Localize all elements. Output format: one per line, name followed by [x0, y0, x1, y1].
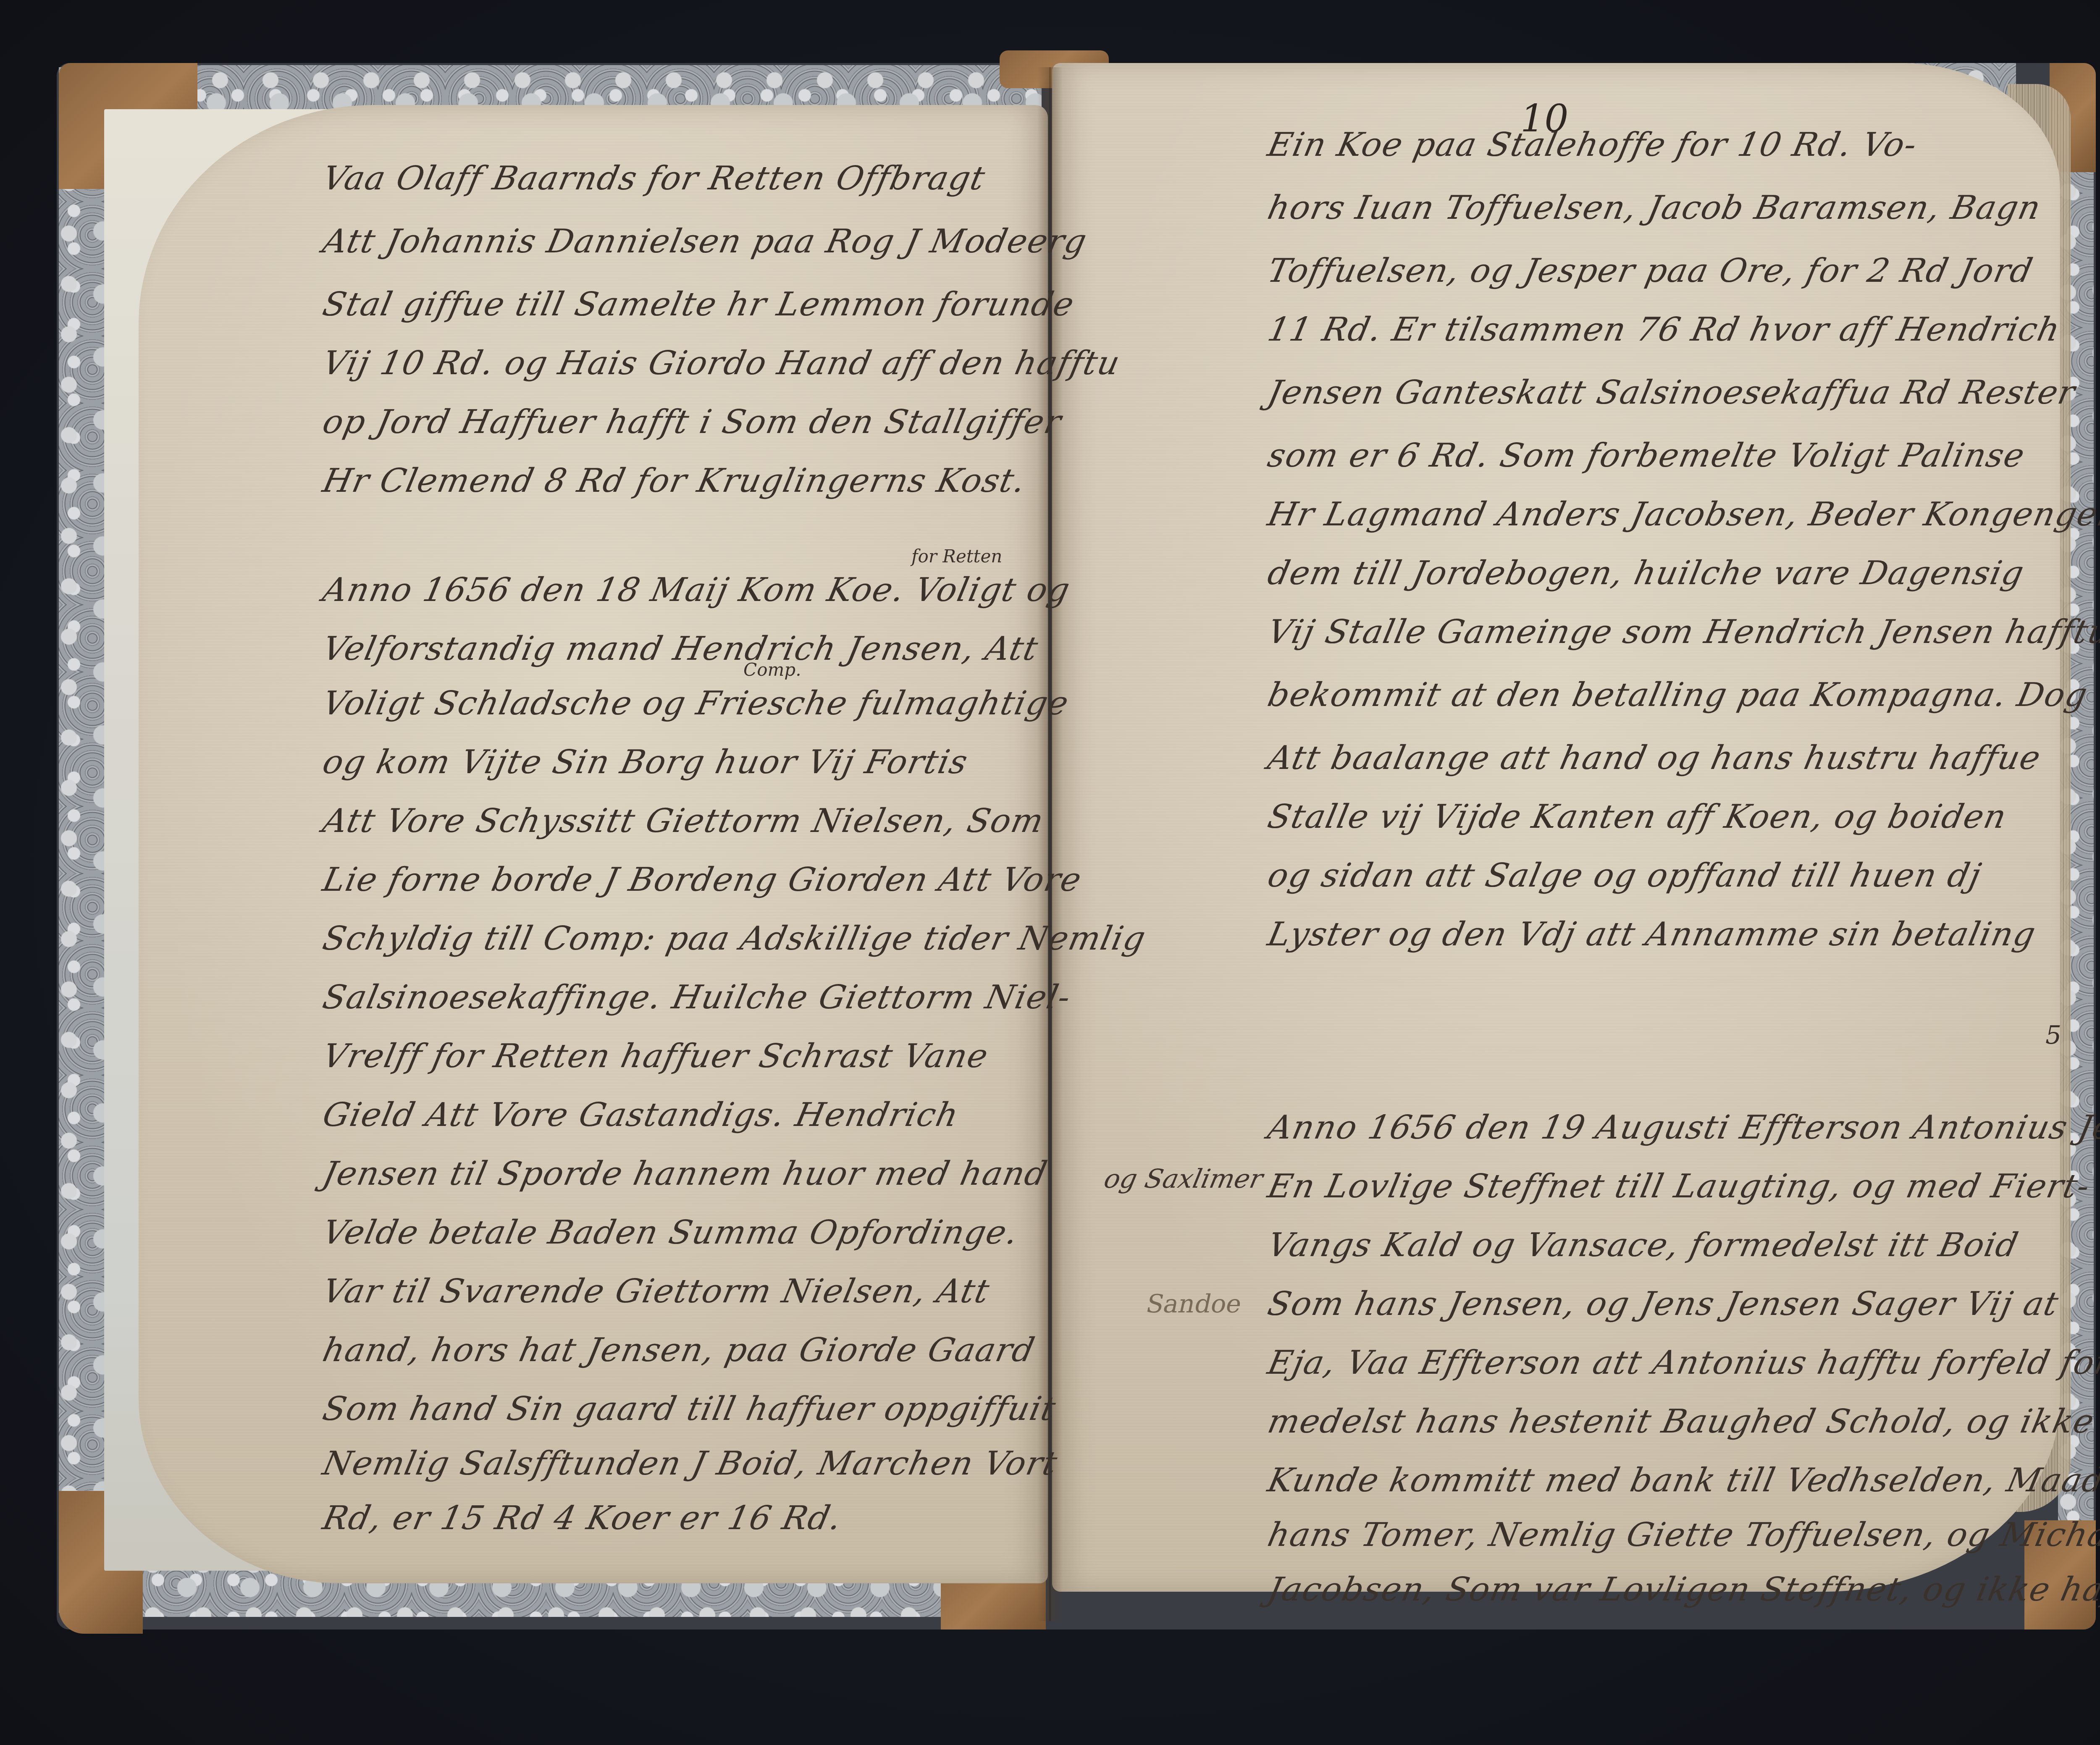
manuscript-line: Gield Att Vore Gastandigs. Hendrich — [319, 1096, 962, 1134]
manuscript-line: Som hand Sin gaard till haffuer oppgiffu… — [319, 1390, 1059, 1428]
manuscript-line: Hr Lagmand Anders Jacobsen, Beder Kongen… — [1264, 496, 2100, 533]
manuscript-line: Jensen til Sporde hannem huor med hand — [319, 1155, 1051, 1193]
manuscript-line: Vrelff for Retten haffuer Schrast Vane — [319, 1037, 992, 1075]
margin-note-pencil: Sandoe — [1144, 1289, 1244, 1319]
manuscript-line: Toffuelsen, og Jesper paa Ore, for 2 Rd … — [1264, 252, 2036, 290]
manuscript-line: Att Johannis Dannielsen paa Rog J Modeer… — [319, 223, 1090, 260]
section-heading: Anno 1656 den 19 Augusti Effterson Anton… — [1264, 1109, 2100, 1147]
manuscript-line: Vij Stalle Gameinge som Hendrich Jensen … — [1264, 613, 2100, 651]
manuscript-line: Kunde kommitt med bank till Vedhselden, … — [1264, 1462, 2100, 1499]
manuscript-line: En Lovlige Steffnet till Laugting, og me… — [1264, 1168, 2093, 1205]
manuscript-line: Voligt Schladsche og Friesche fulmaghtig… — [319, 685, 1072, 722]
manuscript-line: Vangs Kald og Vansace, formedelst itt Bo… — [1264, 1226, 2022, 1264]
manuscript-line: op Jord Haffuer hafft i Som den Stallgif… — [319, 403, 1065, 441]
manuscript-line: hans Tomer, Nemlig Giette Toffuelsen, og… — [1264, 1516, 2100, 1554]
interlinear-note: Comp. — [743, 659, 801, 680]
manuscript-line: Som hans Jensen, og Jens Jensen Sager Vi… — [1264, 1285, 2062, 1323]
manuscript-line: Ein Koe paa Stalehoffe for 10 Rd. Vo- — [1264, 126, 1921, 164]
manuscript-line: Att baalange att hand og hans hustru haf… — [1264, 739, 2044, 777]
section-heading: Anno 1656 den 18 Maij Kom Koe. Voligt og — [319, 571, 1074, 609]
manuscript-line: som er 6 Rd. Som forbemelte Voligt Palin… — [1264, 437, 2028, 475]
manuscript-line: Vij 10 Rd. og Hais Giordo Hand aff den h… — [319, 344, 1123, 382]
margin-note: og Saxlimer — [1101, 1163, 1265, 1194]
manuscript-line: Velforstandig mand Hendrich Jensen, Att — [319, 630, 1042, 668]
manuscript-line: hand, hors hat Jensen, paa Giorde Gaard — [319, 1331, 1038, 1369]
manuscript-line: Nemlig Salsfftunden J Boid, Marchen Vort — [319, 1445, 1061, 1483]
manuscript-line: Schyldig till Comp: paa Adskillige tider… — [319, 920, 1149, 958]
interlinear-note: for Retten — [911, 546, 1002, 567]
manuscript-line: 11 Rd. Er tilsammen 76 Rd hvor aff Hendr… — [1264, 311, 2064, 349]
manuscript-line: Att Vore Schyssitt Giettorm Nielsen, Som — [319, 802, 1047, 840]
manuscript-line: Lie forne borde J Bordeng Giorden Att Vo… — [319, 861, 1085, 899]
manuscript-line: Salsinoesekaffinge. Huilche Giettorm Nie… — [319, 979, 1074, 1016]
manuscript-line: Hr Clemend 8 Rd for Kruglingerns Kost. — [319, 462, 1029, 500]
manuscript-line: og kom Vijte Sin Borg huor Vij Fortis — [319, 743, 971, 781]
manuscript-line: bekommit at den betalling paa Kompagna. … — [1264, 676, 2091, 714]
manuscript-line: Var til Svarende Giettorm Nielsen, Att — [319, 1273, 993, 1310]
manuscript-line: og sidan att Salge og opffand till huen … — [1264, 857, 1985, 895]
section-mark: 5 — [2045, 1021, 2061, 1050]
manuscript-line: Lyster og den Vdj att Annamme sin betali… — [1264, 916, 2039, 953]
manuscript-line: Stalle vij Vijde Kanten aff Koen, og boi… — [1264, 798, 2010, 836]
manuscript-line: Stal giffue till Samelte hr Lemmon forun… — [319, 286, 1078, 323]
manuscript-line: medelst hans hestenit Baughed Schold, og… — [1264, 1403, 2100, 1441]
manuscript-line: hors Iuan Toffuelsen, Jacob Baramsen, Ba… — [1264, 189, 2045, 227]
manuscript-line: Eja, Vaa Effterson att Antonius hafftu f… — [1264, 1344, 2100, 1382]
manuscript-line: Vaa Olaff Baarnds for Retten Offbragt — [319, 160, 989, 197]
manuscript-line: Jacobsen, Som var Lovligen Steffnet, og … — [1264, 1571, 2100, 1609]
manuscript-line: dem till Jordebogen, huilche vare Dagens… — [1264, 554, 2028, 592]
manuscript-line: Rd, er 15 Rd 4 Koer er 16 Rd. — [319, 1499, 845, 1537]
manuscript-line: Jensen Ganteskatt Salsinoesekaffua Rd Re… — [1264, 374, 2079, 412]
manuscript-line: Velde betale Baden Summa Opfordinge. — [319, 1214, 1022, 1252]
